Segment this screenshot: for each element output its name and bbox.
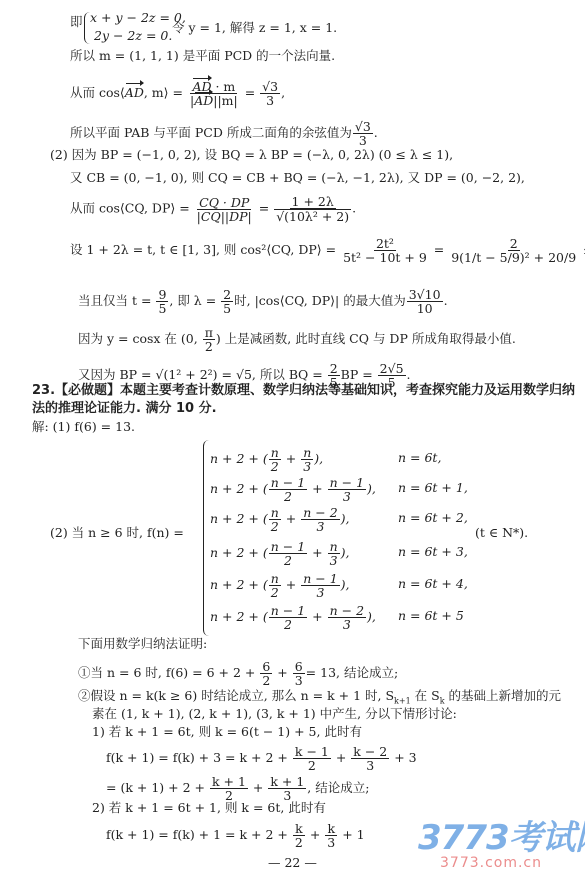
system-solution: 令 y = 1, 解得 z = 1, x = 1. — [172, 20, 337, 36]
q23-piecewise-suffix: (t ∈ N*). — [475, 525, 528, 541]
cos-mid: , m⟩ = — [144, 85, 183, 100]
piecewise-case: n + 2 + (n2 + n − 23), — [210, 506, 350, 533]
piecewise-case: n + 2 + (n − 12 + n − 23), — [210, 604, 376, 631]
piecewise-brace — [203, 440, 210, 636]
normal-vector-line: 所以 m = (1, 1, 1) 是平面 PCD 的一个法向量. — [70, 48, 335, 64]
part2-max-line: 当且仅当 t = 95, 即 λ = 25时, |cos⟨CQ, DP⟩| 的最… — [78, 288, 448, 315]
q23-solution-part1: 解: (1) f(6) = 13. — [32, 419, 135, 435]
piecewise-case: n + 2 + (n2 + n − 13), — [210, 572, 350, 599]
q23-header-line2: 法的推理论证能力. 满分 10 分. — [32, 401, 217, 417]
case2-equation: f(k + 1) = f(k) + 1 = k + 2 + k2 + k3 + … — [106, 822, 365, 849]
part2-line2: 又 CB = (0, −1, 0), 则 CQ = CB + BQ = (−λ,… — [70, 170, 525, 186]
case2-title: 2) 若 k + 1 = 6t + 1, 则 k = 6t, 此时有 — [92, 800, 326, 816]
q23-piecewise-prefix: (2) 当 n ≥ 6 时, f(n) = — [50, 525, 184, 541]
piecewise-case: n + 2 + (n − 12 + n − 13), — [210, 476, 376, 503]
piecewise-condition: n = 6t, — [398, 450, 441, 466]
induction-step2-line2: 素在 (1, k + 1), (2, k + 1), (3, k + 1) 中产… — [92, 706, 457, 722]
system-prefix: 即 — [70, 14, 83, 30]
page-number: — 22 — — [268, 855, 317, 871]
part2-cos-line: 从而 cos⟨CQ, DP⟩ = CQ · DP|CQ||DP| = 1 + 2… — [70, 195, 356, 223]
watermark-url: 3773.com.cn — [440, 855, 542, 871]
dihedral-conclusion: 所以平面 PAB 与平面 PCD 所成二面角的余弦值为√33. — [70, 120, 378, 147]
piecewise-case: n + 2 + (n2 + n3), — [210, 446, 323, 473]
induction-step1: ①当 n = 6 时, f(6) = 6 + 2 + 62 + 63= 13, … — [78, 660, 398, 687]
case1-title: 1) 若 k + 1 = 6t, 则 k = 6(t − 1) + 5, 此时有 — [92, 724, 362, 740]
piecewise-condition: n = 6t + 2, — [398, 510, 468, 526]
q23-header-line1: 23.【必做题】本题主要考查计数原理、数学归纳法等基础知识，考查探究能力及运用数… — [32, 383, 575, 399]
case1-equation2: = (k + 1) + 2 + k + 12 + k + 13, 结论成立; — [106, 775, 369, 802]
watermark-logo: 3773考试网 — [418, 820, 585, 856]
cos-ad-m-line: 从而 cos⟨AD, m⟩ = AD · m |AD||m| = √33, — [70, 80, 285, 107]
piecewise-condition: n = 6t + 1, — [398, 480, 468, 496]
piecewise-case: n + 2 + (n − 12 + n3), — [210, 540, 350, 567]
conclusion-fraction: √33 — [353, 120, 373, 147]
cos-result: √33 — [260, 80, 280, 107]
part2-line1: (2) 因为 BP = (−1, 0, 2), 设 BQ = λ BP = (−… — [50, 147, 453, 163]
piecewise-condition: n = 6t + 3, — [398, 544, 468, 560]
part2-substitution-line: 设 1 + 2λ = t, t ∈ [1, 3], 则 cos²⟨CQ, DP⟩… — [70, 237, 585, 264]
cos-fraction: AD · m |AD||m| — [188, 80, 240, 107]
part2-decreasing-line: 因为 y = cosx 在 (0, π2) 上是减函数, 此时直线 CQ 与 D… — [78, 326, 516, 353]
piecewise-condition: n = 6t + 4, — [398, 576, 468, 592]
vector-ad: AD — [125, 85, 144, 101]
case1-equation1: f(k + 1) = f(k) + 3 = k + 2 + k − 12 + k… — [106, 745, 417, 772]
system-eq2: 2y − 2z = 0. — [94, 28, 172, 44]
piecewise-condition: n = 6t + 5 — [398, 608, 464, 624]
cos-prefix: 从而 cos⟨ — [70, 85, 125, 100]
induction-intro: 下面用数学归纳法证明: — [78, 636, 207, 652]
